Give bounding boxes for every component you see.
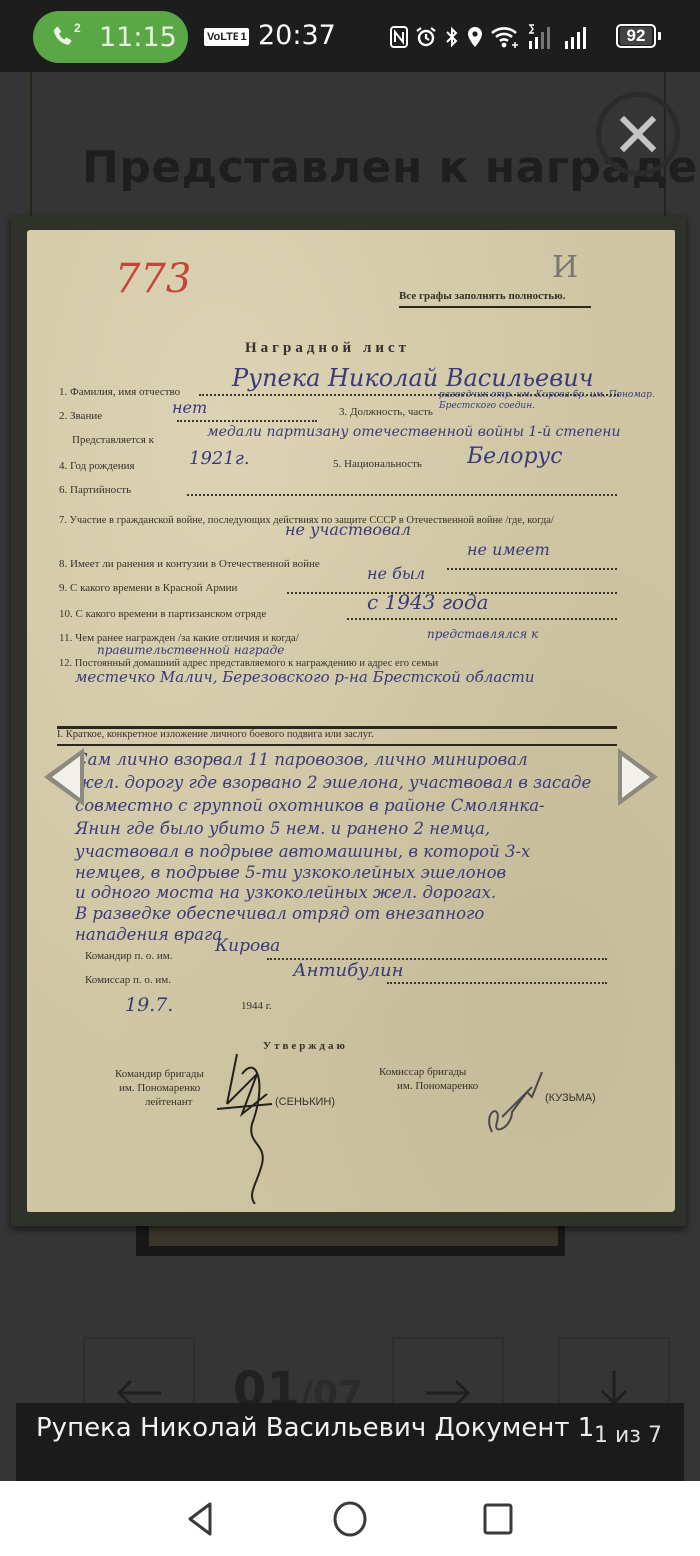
document-image[interactable]: 773 И Все графы заполнять полностью. Наг… <box>27 230 675 1212</box>
document-shadow-strip <box>136 1226 565 1256</box>
document-heading: Наградной лист <box>245 340 410 357</box>
call-sim-number: 2 <box>74 21 81 35</box>
field-label-5: 5. Национальность <box>333 458 422 470</box>
home-circle-icon <box>332 1501 368 1537</box>
brigade-commander-signature <box>197 1044 287 1204</box>
date-day: 19.7. <box>125 994 173 1016</box>
field-label-2: 2. Звание <box>59 410 102 422</box>
sim-indicator: 1 <box>238 28 249 46</box>
field-value-nominated: медали партизану отечественной войны 1-й… <box>207 424 620 440</box>
alarm-icon <box>414 25 438 49</box>
field-value-4: 1921г. <box>189 448 250 469</box>
field-label-nominated: Представляется к <box>72 434 154 446</box>
battery-icon: 92 <box>616 24 656 48</box>
date-year: 1944 г. <box>241 1000 272 1012</box>
battery-level: 92 <box>620 27 652 45</box>
recents-square-icon <box>482 1501 514 1537</box>
brigade-commissar-line1: Комиссар бригады <box>379 1066 466 1078</box>
back-triangle-icon <box>185 1501 215 1537</box>
location-icon <box>466 25 484 49</box>
field-value-2: нет <box>172 398 207 417</box>
caption-counter: 1 из 7 <box>594 1423 662 1448</box>
section-title: I. Краткое, конкретное изложение личного… <box>57 729 374 740</box>
clock: 20:37 <box>258 20 336 51</box>
brigade-commissar-name: (КУЗЬМА) <box>545 1092 596 1104</box>
field-label-8: 8. Имеет ли ранения и контузии в Отечест… <box>59 558 320 570</box>
commissar-label: Комиссар п. о. им. <box>85 974 171 986</box>
field-value-9: не был <box>367 564 425 583</box>
field-value-3: разведчик отр. им. Кирова бр. им. Понома… <box>439 390 669 412</box>
field-value-7: не участвовал <box>285 520 411 539</box>
field-value-12: местечко Малич, Березовского р-на Брестс… <box>75 668 535 686</box>
field-value-10: с 1943 года <box>367 590 489 614</box>
recents-button[interactable] <box>478 1499 518 1539</box>
nfc-icon <box>390 26 408 48</box>
field-label-9: 9. С какого времени в Красной Армии <box>59 582 237 594</box>
screen: 2 11:15 VoLTE 1 20:37 92 Представлен к н… <box>0 0 700 1556</box>
home-button[interactable] <box>330 1499 370 1539</box>
ongoing-call-chip[interactable]: 2 11:15 <box>33 11 188 63</box>
close-icon <box>618 114 658 154</box>
field-value-8: не имеет <box>467 540 550 559</box>
status-icons <box>390 24 592 50</box>
instruction-text: Все графы заполнять полностью. <box>399 290 565 302</box>
feat-description: Сам лично взорвал 11 паровозов, лично ми… <box>75 748 655 945</box>
previous-image-arrow[interactable] <box>40 746 86 808</box>
status-bar: 2 11:15 VoLTE 1 20:37 92 <box>0 0 700 72</box>
signal-sim2-icon <box>526 24 556 50</box>
caption-title: Рупека Николай Васильевич Документ 1 <box>36 1411 596 1446</box>
brigade-commander-line2: им. Пономаренко <box>119 1082 200 1094</box>
field-value-11: представлялся к правительственной наград… <box>97 626 657 658</box>
call-duration: 11:15 <box>99 22 177 53</box>
archive-number: 773 <box>115 256 191 302</box>
field-value-5: Белорус <box>467 444 563 469</box>
system-navigation-bar <box>0 1481 700 1556</box>
corner-mark: И <box>552 250 578 285</box>
field-label-4: 4. Год рождения <box>59 460 135 472</box>
field-label-1: 1. Фамилия, имя отчество <box>59 386 180 398</box>
brigade-commissar-line2: им. Пономаренко <box>397 1080 478 1092</box>
signal-sim1-icon <box>562 24 592 50</box>
commander-signature: Кирова <box>215 936 280 956</box>
brigade-commander-line3: лейтенант <box>145 1096 192 1108</box>
close-button[interactable] <box>596 92 680 176</box>
commissar-signature: Антибулин <box>293 960 404 981</box>
back-button[interactable] <box>180 1499 220 1539</box>
brigade-commander-line1: Командир бригады <box>115 1068 204 1080</box>
image-caption-bar: Рупека Николай Васильевич Документ 1 1 и… <box>16 1403 684 1481</box>
field-value-1: Рупека Николай Васильевич <box>232 364 594 392</box>
field-label-6: 6. Партийность <box>59 484 131 496</box>
field-label-3: 3. Должность, часть <box>339 406 433 418</box>
next-image-arrow[interactable] <box>616 746 662 808</box>
field-label-10: 10. С какого времени в партизанском отря… <box>59 608 266 620</box>
battery-nub <box>658 32 661 40</box>
wifi-icon <box>490 25 520 49</box>
phone-icon <box>49 23 77 51</box>
commander-label: Командир п. о. им. <box>85 950 172 962</box>
brigade-commissar-signature <box>482 1062 552 1142</box>
bluetooth-icon <box>444 25 460 49</box>
